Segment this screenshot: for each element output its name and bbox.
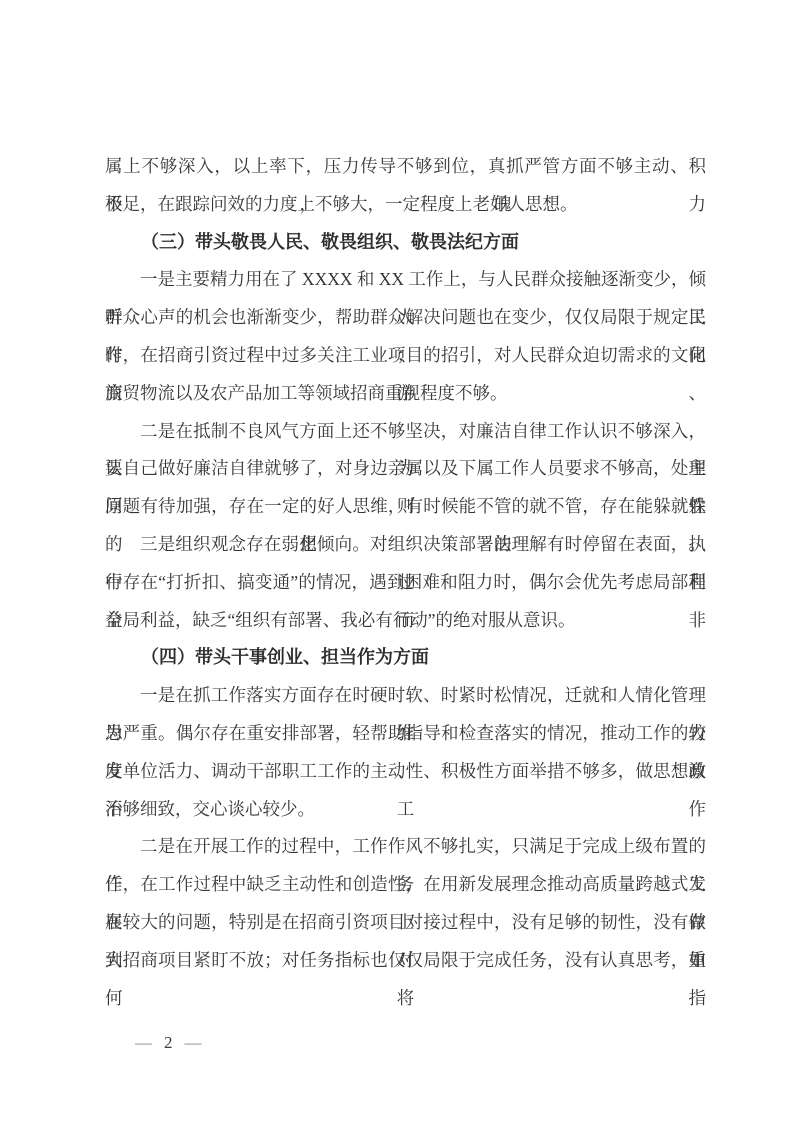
text-line: 发单位活力、调动干部职工工作的主动性、积极性方面举措不够多，做思想政治工作	[105, 753, 706, 791]
text-line: 在较大的问题，特别是在招商引资项目对接过程中，没有足够的韧性，没有做到对重	[105, 904, 706, 942]
text-line: 要自己做好廉洁自律就够了，对身边亲属以及下属工作人员要求不够高，处理原则性	[105, 450, 706, 488]
page-footer: —2—	[135, 1030, 202, 1056]
document-body: 属上不够深入，以上率下，压力传导不够到位，真抓严管方面不够主动、积极，魄力 不足…	[105, 148, 706, 980]
text-line: 时，在招商引资过程中过多关注工业项目的招引，对人民群众迫切需求的文化旅游、	[105, 337, 706, 375]
text-line: 一是主要精力用在了 XXXX 和 XX 工作上，与人民群众接触逐渐变少，倾听人民	[105, 261, 706, 299]
document-page: 属上不够深入，以上率下，压力传导不够到位，真抓严管方面不够主动、积极，魄力 不足…	[0, 0, 793, 1122]
text-line: 二是在开展工作的过程中，工作作风不够扎实，只满足于完成上级布置的任务工	[105, 828, 706, 866]
text-line: 作，在工作过程中缺乏主动性和创造性，在用新发展理念推动高质量跨越式发展上存	[105, 866, 706, 904]
text-line: 问题有待加强，存在一定的好人思维，有时候能不管的就不管，存在能躲就躲的想法。	[105, 488, 706, 526]
text-line: 大招商项目紧盯不放；对任务指标也仅仅局限于完成任务，没有认真思考，如何将指	[105, 942, 706, 980]
section-heading: （四）带头干事创业、担当作为方面	[105, 639, 706, 677]
page-number: 2	[164, 1033, 173, 1052]
text-line: 三是组织观念存在弱化倾向。对组织决策部署的理解有时停留在表面，执行过程	[105, 526, 706, 564]
footer-dash-right: —	[185, 1033, 202, 1052]
section-heading: （三）带头敬畏人民、敬畏组织、敬畏法纪方面	[105, 224, 706, 262]
text-line: 中存在“打折扣、搞变通”的情况，遇到困难和阻力时，偶尔会优先考虑局部利益而非	[105, 564, 706, 602]
text-line: 一是在抓工作落实方面存在时硬时软、时紧时松情况，迁就和人情化管理思维较	[105, 677, 706, 715]
footer-dash-left: —	[135, 1033, 152, 1052]
text-line: 群众心声的机会也渐渐变少，帮助群众解决问题也在变少，仅仅局限于规定工作；同	[105, 299, 706, 337]
text-line: 二是在抵制不良风气方面上还不够坚决，对廉洁自律工作认识不够深入，认为主	[105, 413, 706, 451]
text-line: 属上不够深入，以上率下，压力传导不够到位，真抓严管方面不够主动、积极，魄力	[105, 148, 706, 186]
text-line: 为严重。偶尔存在重安排部署，轻帮助指导和检查落实的情况，推动工作的力度、激	[105, 715, 706, 753]
